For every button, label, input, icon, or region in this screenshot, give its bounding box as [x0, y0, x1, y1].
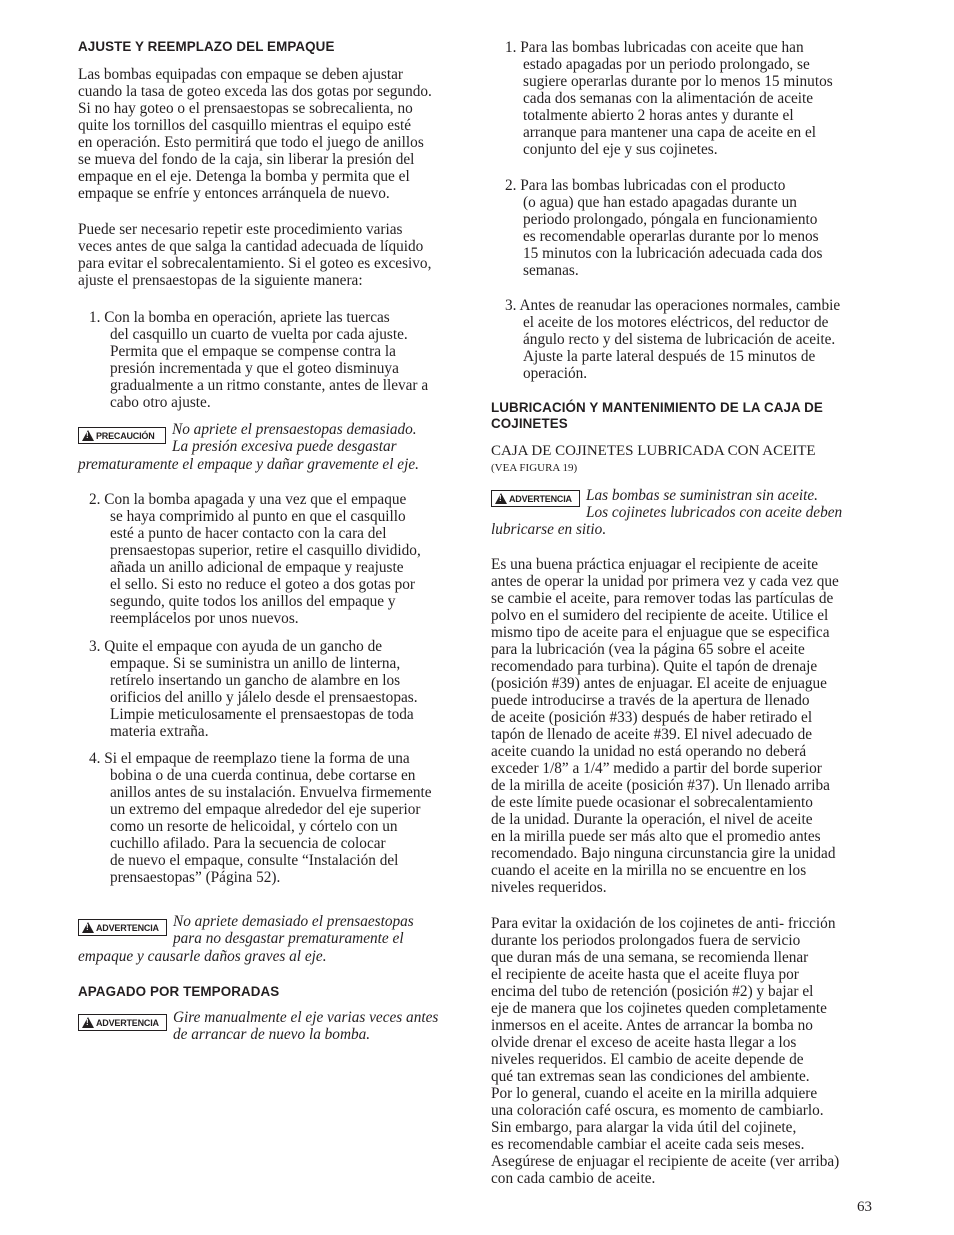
text-line: gradualmente a un ritmo constante, antes…: [110, 377, 428, 394]
text-line: de este límite puede ocasionar el sobrec…: [491, 794, 813, 811]
text-line: Puede ser necesario repetir este procedi…: [78, 221, 403, 238]
text-line: anillos antes de su instalación. Envuelv…: [110, 784, 432, 801]
text-line: polvo en el sumidero del recipiente de a…: [491, 607, 828, 624]
text-line: puede introducirse a través de la apertu…: [491, 692, 810, 709]
text-line: durante los periodos prolongados fuera d…: [491, 932, 800, 949]
text-line: de arrancar de nuevo la bomba.: [173, 1026, 370, 1043]
caution-label: PRECAUCIÓN: [96, 431, 155, 441]
text-line: estado apagadas por un periodo prolongad…: [523, 56, 810, 73]
text-line: eje de manera que los cojinetes queden c…: [491, 1000, 827, 1017]
text-line: retírelo insertando un gancho de alambre…: [110, 672, 400, 689]
text-line: No apriete el prensaestopas demasiado.: [172, 421, 417, 438]
text-line: ajuste el prensaestopas de la siguiente …: [78, 272, 363, 289]
text-line: empaque se enfríe y entonces arránquela …: [78, 185, 390, 202]
text-line: como un resorte de helicoidal, y córtelo…: [110, 818, 398, 835]
warning-badge: ADVERTENCIA: [491, 490, 580, 507]
section-heading-lubrication: LUBRICACIÓN Y MANTENIMIENTO DE LA CAJA D…: [491, 400, 823, 416]
text-line: esté a punto de hacer contacto con la ca…: [110, 525, 386, 542]
warning-triangle-icon: [82, 922, 94, 933]
text-line: qué tan extremas sean las condiciones de…: [491, 1068, 810, 1085]
text-line: totalmente abierto 2 horas antes y duran…: [523, 107, 794, 124]
text-line: Ajuste la parte lateral después de 15 mi…: [523, 348, 815, 365]
text-line: bobina o de una cuerda continua, debe co…: [110, 767, 415, 784]
text-line: recomendado. Bajo ninguna circunstancia …: [491, 845, 835, 862]
section-heading-lubrication-cont: COJINETES: [491, 416, 568, 432]
text-line: prematuramente el empaque y dañar gravem…: [78, 456, 419, 473]
text-line: lubricarse en sitio.: [491, 521, 606, 538]
text-line: semanas.: [523, 262, 579, 279]
text-line: tapón de llenado de aceite #39. El nivel…: [491, 726, 812, 743]
text-line: Las bombas se suministran sin aceite.: [586, 487, 818, 504]
text-line: 3. Antes de reanudar las operaciones nor…: [505, 297, 840, 314]
text-line: que duran más de una semana, se recomien…: [491, 949, 808, 966]
text-line: 15 minutos con la lubricación adecuada c…: [523, 245, 822, 262]
warning-label: ADVERTENCIA: [96, 923, 159, 933]
text-line: de la unidad. Durante la operación, el n…: [491, 811, 813, 828]
text-line: arranque para mantener una capa de aceit…: [523, 124, 816, 141]
text-line: No apriete demasiado el prensaestopas: [173, 913, 414, 930]
text-line: cabo otro ajuste.: [110, 394, 211, 411]
warning-triangle-icon: [82, 1017, 94, 1028]
manual-page: AJUSTE Y REEMPLAZO DEL EMPAQUE Las bomba…: [0, 0, 954, 1235]
section-heading-seasonal-shutdown: APAGADO POR TEMPORADAS: [78, 984, 279, 1000]
text-line: 4. Si el empaque de reemplazo tiene la f…: [89, 750, 410, 767]
text-line: añada un anillo adicional de empaque y r…: [110, 559, 404, 576]
text-line: para la lubricación (vea la página 65 so…: [491, 641, 805, 658]
text-line: ángulo recto y del sistema de lubricació…: [523, 331, 835, 348]
text-line: conjunto del eje y sus cojinetes.: [523, 141, 718, 158]
text-line: 3. Quite el empaque con ayuda de un ganc…: [89, 638, 382, 655]
text-line: 2. Con la bomba apagada y una vez que el…: [89, 491, 406, 508]
text-line: olvide drenar el exceso de aceite hasta …: [491, 1034, 796, 1051]
text-line: de la mirilla de aceite (posición #37). …: [491, 777, 830, 794]
text-line: cada dos semanas con la alimentación de …: [523, 90, 813, 107]
text-line: reemplácelos por unos nuevos.: [110, 610, 299, 627]
text-line: prensaestopas superior, retire el casqui…: [110, 542, 421, 559]
figure-reference: (VEA FIGURA 19): [491, 462, 577, 475]
text-line: exceder 1/8” a 1/4” medido a partir del …: [491, 760, 822, 777]
text-line: de nuevo el empaque, consulte “Instalaci…: [110, 852, 398, 869]
text-line: presión incrementada y que el goteo dism…: [110, 360, 399, 377]
warning-triangle-icon: [495, 493, 507, 504]
text-line: materia extraña.: [110, 723, 209, 740]
caution-badge: PRECAUCIÓN: [78, 427, 166, 444]
text-line: segundo, quite todos los anillos del emp…: [110, 593, 396, 610]
warning-triangle-icon: [82, 430, 94, 441]
text-line: empaque en el eje. Detenga la bomba y pe…: [78, 168, 410, 185]
page-number: 63: [857, 1199, 872, 1216]
warning-label: ADVERTENCIA: [96, 1018, 159, 1028]
warning-badge: ADVERTENCIA: [78, 1014, 167, 1031]
text-line: cuando el aceite en la mirilla no se enc…: [491, 862, 806, 879]
text-line: (o agua) que han estado apagadas durante…: [523, 194, 797, 211]
text-line: mismo tipo de aceite para el enjuague qu…: [491, 624, 830, 641]
text-line: La presión excesiva puede desgastar: [172, 438, 397, 455]
text-line: se haya comprimido al punto en que el ca…: [110, 508, 406, 525]
text-line: Si no hay goteo o el prensaestopas se so…: [78, 100, 413, 117]
text-line: 1. Para las bombas lubricadas con aceite…: [505, 39, 804, 56]
text-line: veces antes de que salga la cantidad ade…: [78, 238, 423, 255]
text-line: niveles requeridos. El cambio de aceite …: [491, 1051, 804, 1068]
text-line: operación.: [523, 365, 587, 382]
text-line: Limpie meticulosamente el prensaestopas …: [110, 706, 414, 723]
text-line: recomendado para turbina). Quite el tapó…: [491, 658, 817, 675]
text-line: se cambie el aceite, para remover todas …: [491, 590, 833, 607]
text-line: de aceite (posición #33) después de habe…: [491, 709, 812, 726]
subheading-oil-lubricated-housing: CAJA DE COJINETES LUBRICADA CON ACEITE: [491, 443, 816, 460]
text-line: un extremo del empaque alrededor del eje…: [110, 801, 420, 818]
text-line: inmersos en el aceite. Antes de arrancar…: [491, 1017, 813, 1034]
text-line: prensaestopas” (Página 52).: [110, 869, 280, 886]
text-line: cuando la tasa de goteo exceda las dos g…: [78, 83, 432, 100]
section-heading-packing: AJUSTE Y REEMPLAZO DEL EMPAQUE: [78, 39, 334, 55]
text-line: Es una buena práctica enjuagar el recipi…: [491, 556, 818, 573]
text-line: para evitar el sobrecalentamiento. Si el…: [78, 255, 431, 272]
text-line: Las bombas equipadas con empaque se debe…: [78, 66, 403, 83]
text-line: empaque. Si se suministra un anillo de l…: [110, 655, 400, 672]
text-line: el sello. Si esto no reduce el goteo a d…: [110, 576, 415, 593]
text-line: quite los tornillos del casquillo mientr…: [78, 117, 411, 134]
text-line: se mueva del fondo de la caja, sin liber…: [78, 151, 414, 168]
text-line: sugiere operarlas durante por lo menos 1…: [523, 73, 833, 90]
text-line: (posición #39) antes de enjuagar. El ace…: [491, 675, 827, 692]
warning-label: ADVERTENCIA: [509, 494, 572, 504]
text-line: Para evitar la oxidación de los cojinete…: [491, 915, 835, 932]
text-line: Sin embargo, para alargar la vida útil d…: [491, 1119, 796, 1136]
text-line: para no desgastar prematuramente el: [173, 930, 404, 947]
text-line: Los cojinetes lubricados con aceite debe…: [586, 504, 842, 521]
text-line: antes de operar la unidad por primera ve…: [491, 573, 839, 590]
text-line: del casquillo un cuarto de vuelta por ca…: [110, 326, 408, 343]
text-line: orificios del anillo y jálelo desde el p…: [110, 689, 418, 706]
text-line: es recomendable cambiar el aceite cada s…: [491, 1136, 804, 1153]
text-line: niveles requeridos.: [491, 879, 607, 896]
text-line: en la mirilla puede ser más alto que el …: [491, 828, 821, 845]
text-line: Asegúrese de enjuagar el recipiente de a…: [491, 1153, 839, 1170]
text-line: aceite cuando la unidad no está operando…: [491, 743, 806, 760]
text-line: Por lo general, cuando el aceite en la m…: [491, 1085, 817, 1102]
text-line: es recomendable operarlas durante por lo…: [523, 228, 819, 245]
text-line: en operación. Esto permitirá que todo el…: [78, 134, 424, 151]
warning-badge: ADVERTENCIA: [78, 919, 167, 936]
text-line: una coloración café oscura, es momento d…: [491, 1102, 824, 1119]
text-line: encima del tubo de retención (posición #…: [491, 983, 813, 1000]
text-line: Gire manualmente el eje varias veces ant…: [173, 1009, 438, 1026]
text-line: el aceite de los motores eléctricos, del…: [523, 314, 828, 331]
text-line: empaque y causarle daños graves al eje.: [78, 948, 327, 965]
text-line: Permita que el empaque se compense contr…: [110, 343, 396, 360]
text-line: el recipiente de aceite hasta que el ace…: [491, 966, 799, 983]
text-line: 2. Para las bombas lubricadas con el pro…: [505, 177, 785, 194]
text-line: periodo prolongado, póngala en funcionam…: [523, 211, 817, 228]
text-line: con cada cambio de aceite.: [491, 1170, 655, 1187]
text-line: 1. Con la bomba en operación, apriete la…: [89, 309, 390, 326]
text-line: cuchillo afilado. Para la secuencia de c…: [110, 835, 386, 852]
